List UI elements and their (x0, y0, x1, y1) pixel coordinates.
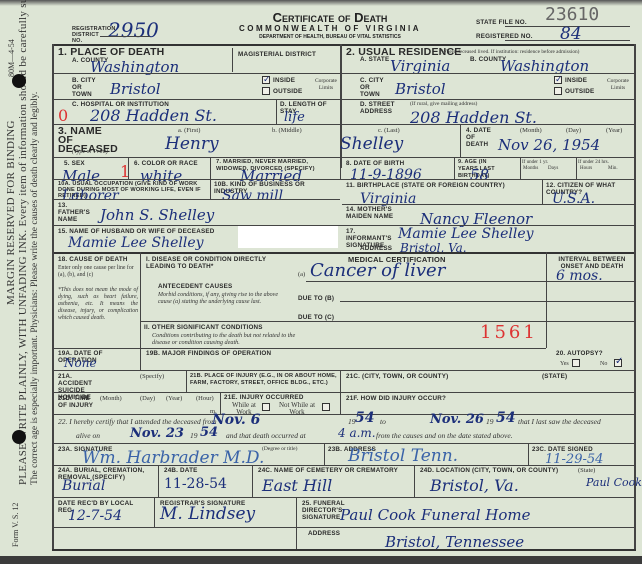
city-label: b. City or Town (72, 77, 100, 98)
corporate-limits-label: Corporate Limits (312, 78, 340, 92)
death-certificate: Form V. S. 12 PLEASE WRITE PLAINLY, WITH… (0, 0, 642, 564)
department-label: Department of Health, Bureau of Vital St… (220, 34, 440, 40)
death-city: Bristol (110, 80, 161, 98)
form-code: 80M—4-54 (6, 39, 17, 77)
frame-bottom (52, 549, 636, 551)
inside-label: Inside (273, 77, 295, 84)
length-of-stay: life (284, 110, 305, 125)
cause-instructions: Enter only one cause per line for (a), (… (58, 265, 138, 279)
res-outside-checkbox[interactable] (554, 87, 562, 95)
spouse-label: 15. Name of Husband or Wife of Deceased (58, 228, 215, 235)
col-divider (528, 443, 529, 465)
margin-reserved: MARGIN RESERVED FOR BINDING (6, 120, 17, 305)
redaction-box (238, 226, 338, 248)
row-divider (54, 179, 634, 180)
interval-line (546, 281, 634, 282)
injury-month: (Month) (100, 395, 122, 402)
row-divider (54, 443, 634, 444)
date-of-death: Nov 26, 1954 (498, 136, 600, 154)
autopsy-label: 20. Autopsy? (556, 350, 603, 357)
registration-label: Registration District No. (72, 26, 102, 44)
year-prefix: 19 (190, 432, 198, 439)
burial-date: 11-28-54 (164, 476, 227, 492)
row-divider (54, 225, 634, 226)
cause-a-value: Cancer of liver (310, 260, 445, 281)
death-occurred-text: and that death occurred at (226, 432, 306, 439)
row-divider (54, 497, 634, 498)
row-divider (54, 348, 546, 349)
cemetery-name: East Hill (262, 476, 332, 495)
other-conditions-text: Conditions contributing to the death but… (152, 332, 302, 346)
res-city-label: c. City or Town (360, 77, 388, 98)
cause-a-line (306, 281, 546, 282)
cause-divider (140, 252, 141, 348)
commonwealth-label: COMMONWEALTH OF VIRGINIA (220, 24, 440, 33)
due-to-b-label: DUE TO (b) (298, 295, 334, 302)
stay-divider (276, 99, 277, 124)
physician-address: Bristol Tenn. (348, 446, 458, 466)
registered-label: Registered No. (476, 33, 533, 40)
injury-year: (Year) (166, 395, 182, 402)
mother-label: 14. Mother's Maiden Name (346, 206, 396, 220)
cause-a-label: (a) (298, 271, 305, 278)
date-divider (460, 124, 461, 157)
col-divider (454, 157, 455, 179)
magisterial-label: Magisterial District (238, 51, 316, 58)
min-label: Min. (608, 165, 618, 172)
col-divider (324, 443, 325, 465)
while-at-work-checkbox[interactable] (262, 403, 270, 411)
last-name: Shelley (340, 134, 403, 154)
morbid-text: Morbid conditions, if any, giving rise t… (158, 292, 286, 306)
degree-label: (Degree or title) (262, 446, 297, 453)
cause-code-mark: 1561 (480, 322, 538, 343)
cert-text-2: that I last saw the deceased (518, 418, 601, 425)
accident-specify: (Specify) (140, 373, 164, 380)
col-divider (296, 497, 297, 549)
state-file-label: State File No. (476, 19, 527, 26)
registrar-signature: M. Lindsey (160, 504, 255, 524)
residence-note: (Where deceased lived. If institution: r… (440, 49, 579, 56)
col-divider (210, 157, 211, 179)
alive-on-label: alive on (76, 432, 100, 439)
date-received: 12-7-54 (68, 508, 122, 524)
burial-location-extra: Paul Cook (586, 476, 642, 489)
first-label: a. (First) (178, 127, 200, 134)
injury-state-label: (State) (542, 373, 567, 380)
res-inside-label: Inside (565, 77, 587, 84)
informant-address-label: Address (360, 245, 392, 252)
burial-method: Burial (62, 478, 105, 494)
attended-from-year: 54 (355, 410, 374, 426)
inside-checkbox[interactable]: ✓ (262, 76, 270, 84)
res-state-label: a. State (360, 56, 389, 63)
col-divider (128, 157, 129, 179)
autopsy-no-checkbox[interactable]: ✓ (614, 359, 622, 367)
margin-line2: The correct age is especially important.… (30, 92, 41, 485)
funeral-address: Bristol, Tennessee (385, 533, 524, 551)
cert-text-3: from the causes and on the date stated a… (376, 432, 513, 439)
col-divider (186, 370, 187, 392)
res-outside-label: Outside (565, 88, 594, 95)
antecedent-label: Antecedent Causes (158, 283, 232, 290)
attended-from-date: Nov. 6 (212, 412, 260, 428)
col-divider (220, 392, 221, 414)
op-date-value: None (64, 356, 97, 370)
autopsy-yes-label: Yes (560, 361, 569, 368)
col-divider (576, 157, 577, 179)
days-label: Days (548, 165, 558, 172)
type-or-print: (Type or Print) (72, 149, 108, 156)
frame-left (52, 44, 54, 550)
row-divider (54, 392, 634, 393)
funeral-address-label: Address (308, 530, 340, 537)
autopsy-no-label: No (600, 361, 607, 368)
cause-label: 18. Cause of Death (58, 256, 128, 263)
burial-state-label: (State) (578, 467, 595, 474)
cemetery-label: 24c. Name of Cemetery or Crematory (258, 467, 398, 474)
registration-number: 2950 (108, 18, 159, 42)
spouse-name: Mamie Lee Shelley (68, 235, 204, 251)
month-label: (Month) (520, 127, 542, 134)
place-of-injury-label: 21b. Place of Injury (e.g., in or about … (190, 373, 340, 387)
res-inside-checkbox[interactable]: ✓ (554, 76, 562, 84)
death-hospital: 208 Hadden St. (90, 106, 217, 125)
informant-signature: Mamie Lee Shelley (398, 226, 534, 242)
col-divider (154, 497, 155, 527)
col-divider (140, 348, 141, 370)
last-label: c. (Last) (378, 127, 400, 134)
registered-number: 84 (560, 24, 582, 44)
cert-text-1: 22. I hereby certify that I attended the… (58, 418, 217, 426)
row-divider (54, 124, 634, 125)
race-label: 6. Color or Race (134, 160, 198, 167)
year-prefix: 19 (486, 418, 494, 425)
scan-edge-bottom (0, 556, 642, 564)
death-time: 4 a.m. (338, 426, 376, 440)
date-of-death-label: 4. Date of Death (466, 127, 494, 148)
date-of-birth: 11-9-1896 (350, 167, 422, 183)
alive-on-year: 54 (200, 425, 218, 440)
res-corporate-limits: Corporate Limits (604, 78, 632, 92)
row-divider (54, 414, 634, 415)
burial-location-label: 24d. Location (City, town, or county) (420, 467, 558, 474)
time-of-injury-label: 21d. Time of Injury (58, 395, 98, 409)
col-divider (414, 465, 415, 497)
form-number: Form V. S. 12 (10, 503, 21, 547)
row-divider (54, 99, 340, 100)
row-divider (342, 73, 634, 74)
cause-b-line (340, 301, 546, 302)
frame-right (634, 44, 636, 550)
attended-to-date: Nov. 26 (430, 412, 484, 427)
father-name: John S. Shelley (100, 206, 214, 224)
sex-label: 5. Sex (64, 160, 85, 167)
attended-to-year: 54 (496, 410, 515, 426)
birthplace-label: 11. Birthplace (State or foreign country… (346, 182, 505, 189)
findings-label: 19b. Major Findings of Operation (146, 350, 271, 357)
col-divider (520, 157, 521, 179)
dob-label: 8. Date of Birth (346, 160, 404, 167)
outside-label: Outside (273, 88, 302, 95)
funeral-director: Paul Cook Funeral Home (340, 506, 530, 524)
autopsy-yes-checkbox[interactable] (572, 359, 580, 367)
interval-divider (546, 252, 547, 348)
year-label: (Year) (606, 127, 622, 134)
hours-label: Hours (580, 165, 592, 172)
registration-underline (100, 36, 150, 37)
col-divider (252, 465, 253, 497)
binding-hole-bottom (12, 430, 26, 444)
interval-line (546, 301, 634, 302)
res-city: Bristol (395, 80, 446, 98)
how-injury-label: 21f. How did injury occur? (346, 395, 446, 402)
months-label: Months (523, 165, 538, 172)
injury-hour: (Hour) (196, 395, 214, 402)
row-divider (54, 157, 634, 158)
binding-hole-top (12, 74, 26, 88)
burial-location: Bristol, Va. (430, 476, 519, 495)
injury-occurred-label: 21e. Injury Occurred (224, 394, 304, 401)
row-divider (54, 252, 634, 254)
day-label: (Day) (566, 127, 581, 134)
industry-value: Saw mill (222, 188, 283, 204)
middle-label: b. (Middle) (272, 127, 302, 134)
injury-day: (Day) (140, 395, 155, 402)
col-divider (340, 157, 341, 179)
certificate-title: Certificate of Death (220, 10, 440, 25)
first-name: Henry (165, 134, 219, 154)
to-label: to (380, 418, 386, 425)
hospital-code-mark: 0 (58, 106, 68, 125)
alive-on-date: Nov. 23 (130, 426, 184, 441)
father-label: 13. Father's Name (58, 202, 98, 223)
not-while-checkbox[interactable] (322, 403, 330, 411)
row-divider (342, 99, 634, 100)
outside-checkbox[interactable] (262, 87, 270, 95)
res-street-note: (If rural, give mailing address) (410, 101, 477, 108)
magisterial-divider (232, 48, 233, 72)
row-divider (342, 204, 634, 205)
interval-line (546, 321, 634, 322)
col-divider (210, 179, 211, 199)
injury-city-label: 21c. (City, Town, or County) (346, 373, 448, 380)
row-divider (54, 370, 634, 371)
burial-date-label: 24b. Date (164, 467, 198, 474)
col-divider (158, 465, 159, 497)
margin-line1: PLEASE WRITE PLAINLY, WITH UNFADING INK.… (18, 0, 29, 485)
row-divider (54, 465, 634, 466)
other-conditions-label: II. Other Significant Conditions (144, 324, 263, 331)
disease-label: I. Disease or Condition Directly Leading… (146, 256, 286, 270)
col-divider (542, 179, 543, 204)
due-to-c-label: DUE TO (c) (298, 314, 334, 321)
row-divider (54, 199, 340, 200)
state-file-number: 23610 (545, 4, 599, 25)
cause-note: *This does not mean the mode of dying, s… (58, 287, 138, 322)
res-street-label: d. Street Address (360, 101, 396, 115)
row-divider (54, 527, 634, 528)
row-divider (54, 73, 340, 74)
